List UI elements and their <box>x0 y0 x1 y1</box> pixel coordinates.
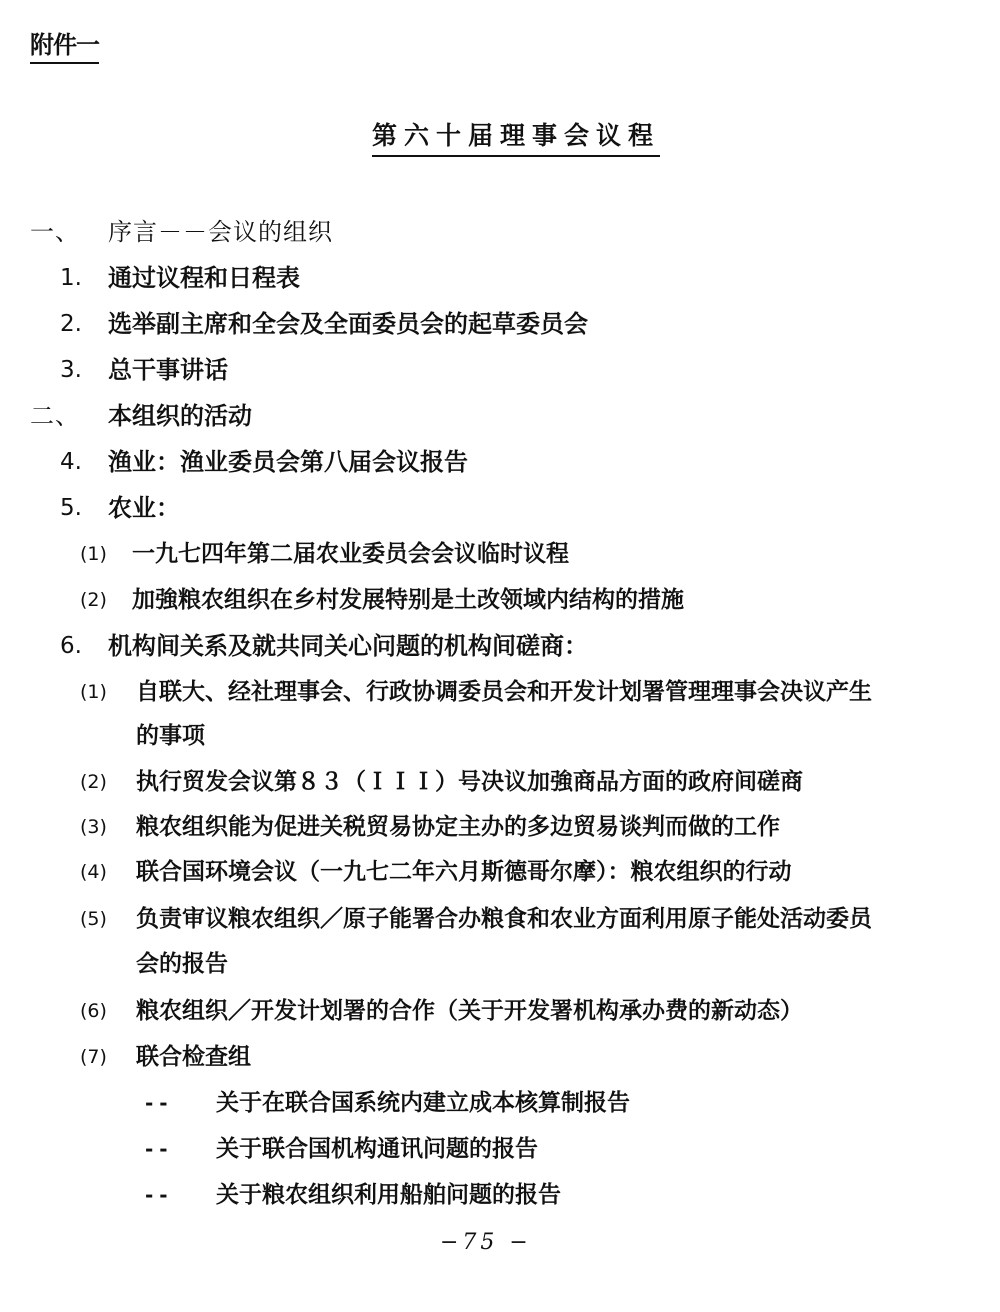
agenda-subitem: 粮农组织能为促进关税贸易协定主办的多边贸易谈判而做的工作 <box>136 812 780 842</box>
subitem-number: (5) <box>80 904 107 934</box>
subitem-number: (2) <box>80 585 107 615</box>
agenda-subitem: 一九七四年第二届农业委员会会议临时议程 <box>132 539 569 569</box>
subitem-number: (4) <box>80 857 107 887</box>
bullet-dash: -- <box>145 1180 174 1210</box>
agenda-subitem: 联合检查组 <box>136 1042 251 1072</box>
item-number: 1. <box>60 263 82 293</box>
agenda-item: 总干事讲话 <box>108 355 228 385</box>
agenda-subitem: 自联大、经社理事会、行政协调委员会和开发计划署管理理事会决议产生 <box>136 677 872 707</box>
bullet-dash: -- <box>145 1134 174 1164</box>
subitem-number: (7) <box>80 1042 107 1072</box>
bullet-item: 关于联合国机构通讯问题的报告 <box>216 1134 538 1164</box>
bullet-item: 关于粮农组织利用船舶问题的报告 <box>216 1180 561 1210</box>
item-number: 5. <box>60 493 82 523</box>
agenda-subitem: 联合国环境会议（一九七二年六月斯德哥尔摩）：粮农组织的行动 <box>136 857 792 887</box>
subitem-number: (3) <box>80 812 107 842</box>
section-marker: 一、 <box>30 217 80 247</box>
annex-label: 附件一 <box>30 30 99 64</box>
section-heading: 序言－－会议的组织 <box>108 217 333 247</box>
subitem-number: (6) <box>80 996 107 1026</box>
agenda-item: 农业： <box>108 493 180 523</box>
agenda-item: 机构间关系及就共同关心问题的机构间磋商： <box>108 631 588 661</box>
agenda-subitem: 执行贸发会议第８３（ＩＩＩ）号决议加強商品方面的政府间磋商 <box>136 767 803 797</box>
bullet-item: 关于在联合国系统内建立成本核算制报告 <box>216 1088 630 1118</box>
page-number: −75 − <box>440 1228 532 1258</box>
agenda-subitem: 负责审议粮农组织／原子能署合办粮食和农业方面利用原子能处活动委员 <box>136 904 872 934</box>
agenda-subitem: 粮农组织／开发计划署的合作（关于开发署机构承办费的新动态） <box>136 996 803 1026</box>
subitem-number: (1) <box>80 677 107 707</box>
subitem-number: (2) <box>80 767 107 797</box>
agenda-item: 选举副主席和全会及全面委员会的起草委员会 <box>108 309 588 339</box>
page-title: 第六十届理事会议程 <box>372 120 660 157</box>
agenda-subitem-continuation: 的事项 <box>136 721 205 751</box>
bullet-dash: -- <box>145 1088 174 1118</box>
section-heading: 本组织的活动 <box>108 401 252 431</box>
item-number: 2. <box>60 309 82 339</box>
agenda-item: 通过议程和日程表 <box>108 263 300 293</box>
section-marker: 二、 <box>30 401 80 431</box>
item-number: 4. <box>60 447 82 477</box>
agenda-item: 渔业：渔业委员会第八届会议报告 <box>108 447 468 477</box>
item-number: 6. <box>60 631 82 661</box>
agenda-subitem: 加強粮农组织在乡村发展特别是土改领域内结构的措施 <box>132 585 684 615</box>
subitem-number: (1) <box>80 539 107 569</box>
document-page: 附件一 第六十届理事会议程 一、 序言－－会议的组织 1. 通过议程和日程表 2… <box>0 0 1000 1312</box>
item-number: 3. <box>60 355 82 385</box>
agenda-subitem-continuation: 会的报告 <box>136 949 228 979</box>
